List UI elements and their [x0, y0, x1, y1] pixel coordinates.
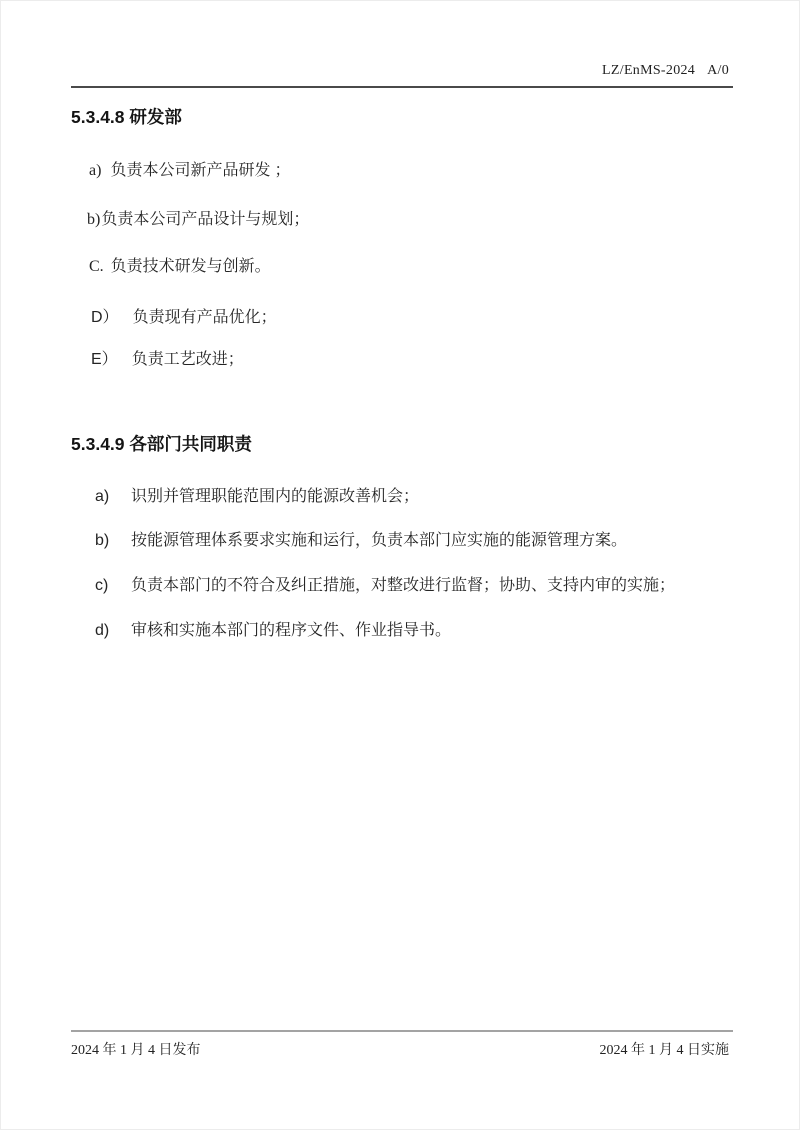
list-item: a)负责本公司新产品研发 ； [89, 157, 290, 180]
item-marker: b) [87, 211, 100, 229]
item-marker: d) [95, 622, 131, 640]
list-item: b)按能源管理体系要求实施和运行，负责本部门应实施的能源管理方案。 [95, 527, 627, 550]
list-item: b)负责本公司产品设计与规划； [87, 206, 309, 229]
item-marker: b) [95, 532, 131, 550]
section-heading-5349: 5.3.4.9 各部门共同职责 [71, 431, 252, 456]
item-marker: E） [91, 346, 118, 369]
list-item: d)审核和实施本部门的程序文件、作业指导书。 [95, 617, 451, 640]
item-text: 负责技术研发与创新。 [111, 258, 271, 275]
item-text: 负责现有产品优化； [133, 309, 277, 326]
item-marker: a) [95, 488, 131, 506]
item-text: 负责工艺改进； [132, 351, 244, 368]
item-text: 审核和实施本部门的程序文件、作业指导书。 [131, 622, 451, 639]
document-page: LZ/EnMS-2024A/0 5.3.4.8 研发部 a)负责本公司新产品研发… [0, 0, 800, 1130]
section-title: 研发部 [129, 107, 182, 127]
doc-revision: A/0 [707, 63, 729, 78]
list-item: C.负责技术研发与创新。 [89, 253, 271, 276]
item-text: 识别并管理职能范围内的能源改善机会； [131, 488, 419, 505]
item-text: 负责本公司新产品研发 ； [110, 162, 290, 179]
footer-release-date: 2024 年 1 月 4 日发布 [71, 1039, 201, 1059]
list-item: c)负责本部门的不符合及纠正措施，对整改进行监督；协助、支持内审的实施； [95, 572, 675, 595]
item-marker: c) [95, 577, 131, 595]
item-marker: D） [91, 304, 119, 327]
item-text: 负责本公司产品设计与规划； [101, 211, 309, 228]
doc-code: LZ/EnMS-2024 [602, 63, 695, 78]
section-number: 5.3.4.9 [71, 434, 125, 454]
header-document-code: LZ/EnMS-2024A/0 [602, 63, 729, 79]
list-item: D）负责现有产品优化； [91, 304, 277, 327]
section-title: 各部门共同职责 [129, 434, 252, 454]
item-marker: C. [89, 258, 104, 276]
header-rule [71, 86, 733, 88]
section-number: 5.3.4.8 [71, 107, 125, 127]
footer-rule [71, 1030, 733, 1032]
list-item: a)识别并管理职能范围内的能源改善机会； [95, 483, 419, 506]
footer-implement-date: 2024 年 1 月 4 日实施 [600, 1039, 730, 1059]
item-text: 按能源管理体系要求实施和运行，负责本部门应实施的能源管理方案。 [131, 532, 627, 549]
item-text: 负责本部门的不符合及纠正措施，对整改进行监督；协助、支持内审的实施； [131, 577, 675, 594]
item-marker: a) [89, 162, 101, 180]
section-heading-5348: 5.3.4.8 研发部 [71, 104, 182, 129]
list-item: E）负责工艺改进； [91, 346, 244, 369]
